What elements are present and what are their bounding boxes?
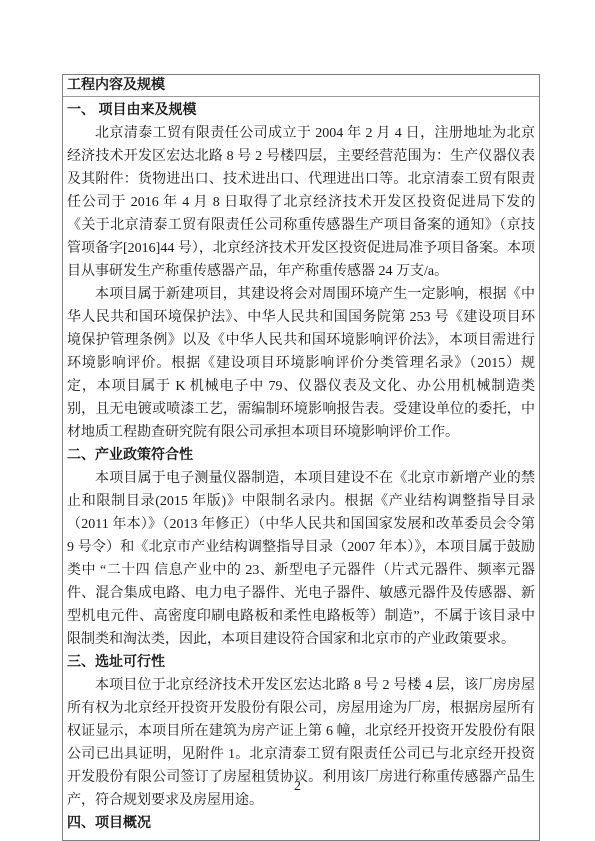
paragraph-company-background: 北京清泰工贸有限责任公司成立于 2004 年 2 月 4 日，注册地址为北京经济… <box>67 122 535 283</box>
section-heading-industrial-policy: 二、产业政策符合性 <box>67 444 535 467</box>
section-heading-site-feasibility: 三、选址可行性 <box>67 651 535 674</box>
table-body-cell: 一、 项目由来及规模 北京清泰工贸有限责任公司成立于 2004 年 2 月 4 … <box>63 97 539 840</box>
section-heading-project-origin: 一、 项目由来及规模 <box>67 99 535 122</box>
paragraph-eia-requirement: 本项目属于新建项目，其建设将会对周围环境产生一定影响，根据《中华人民共和国环境保… <box>67 283 535 444</box>
paragraph-policy-compliance: 本项目属于电子测量仪器制造，本项目建设不在《北京市新增产业的禁止和限制目录(20… <box>67 467 535 651</box>
table-header-row: 工程内容及规模 <box>63 75 539 97</box>
page-number: 2 <box>0 775 595 798</box>
table-header-title: 工程内容及规模 <box>67 78 165 93</box>
report-content-table: 工程内容及规模 一、 项目由来及规模 北京清泰工贸有限责任公司成立于 2004 … <box>62 74 540 841</box>
section-heading-project-overview: 四、项目概况 <box>67 812 535 835</box>
